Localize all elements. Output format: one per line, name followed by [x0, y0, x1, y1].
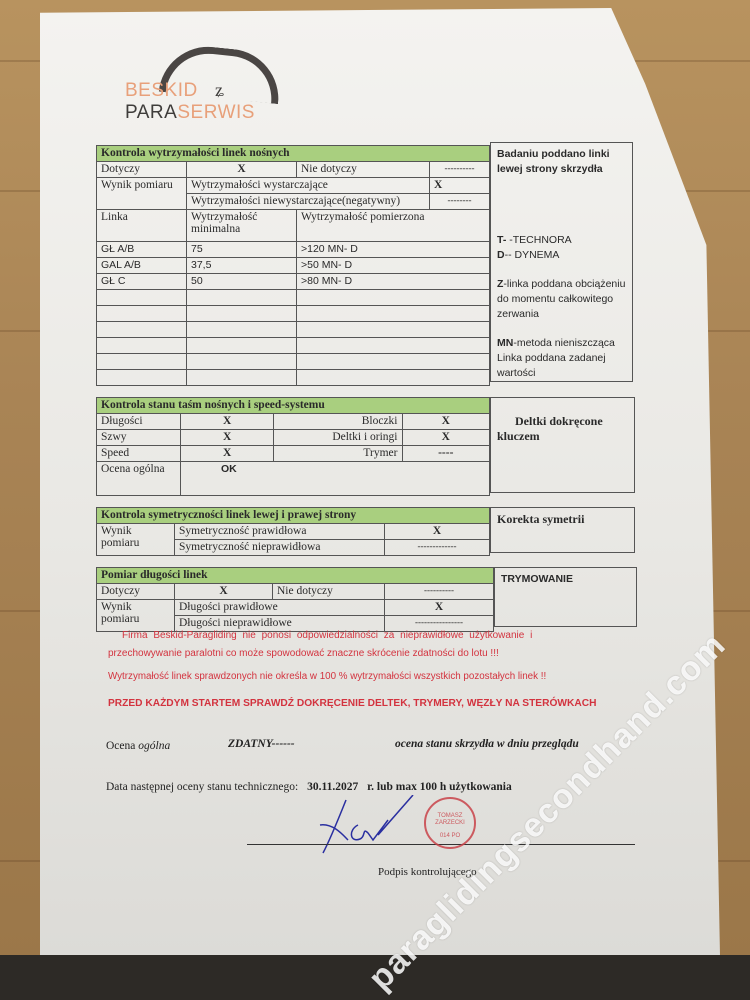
table-row: GAL A/B37,5>50 MN- D	[97, 258, 490, 274]
table-row	[97, 370, 490, 386]
table-row: GŁ A/B75>120 MN- D	[97, 242, 490, 258]
symmetry-table: Kontrola symetryczności linek lewej i pr…	[96, 507, 490, 556]
overall-assessment-label: Ocena ogólna	[106, 740, 170, 752]
table-row	[97, 306, 490, 322]
section-title: Kontrola symetryczności linek lewej i pr…	[97, 508, 490, 524]
section-title: Kontrola wytrzymałości linek nośnych	[97, 146, 490, 162]
table-row: GŁ C50>80 MN- D	[97, 274, 490, 290]
table-row	[97, 290, 490, 306]
section-title: Pomiar długości linek	[97, 568, 494, 584]
logo-glyph-icon: ʑ	[215, 80, 224, 101]
warning-line-4: PRZED KAŻDYM STARTEM SPRAWDŹ DOKRĘCENIE …	[108, 698, 596, 709]
table-row: DługościXBloczkiX	[97, 414, 490, 430]
overall-assessment-value: ZDATNY------	[228, 738, 295, 750]
risers-table: Kontrola stanu taśm nośnych i speed-syst…	[96, 397, 490, 496]
table-row: SpeedXTrymer----	[97, 446, 490, 462]
length-table: Pomiar długości linek Dotyczy X Nie doty…	[96, 567, 494, 632]
logo-line1: BESKID	[125, 80, 198, 102]
table-row	[97, 338, 490, 354]
signature-icon	[318, 795, 418, 855]
trim-note-box: TRYMOWANIE	[494, 567, 637, 627]
next-check: Data następnej oceny stanu technicznego:…	[106, 781, 512, 793]
table-row	[97, 322, 490, 338]
line-strength-table: Kontrola wytrzymałości linek nośnych Dot…	[96, 145, 490, 386]
warning-line-2: przechowywanie paralotni co może spowodo…	[108, 648, 499, 659]
legend-box: Badaniu poddano linki lewej strony skrzy…	[490, 142, 633, 382]
logo-line2: PARASERWIS	[125, 102, 255, 124]
warning-line-3: Wytrzymałość linek sprawdzonych nie okre…	[108, 671, 546, 682]
assessment-note: ocena stanu skrzydła w dniu przeglądu	[395, 738, 579, 750]
table-row: SzwyXDeltki i oringiX	[97, 430, 490, 446]
stamp: TOMASZ ZARZECKI 014 PO	[424, 797, 476, 849]
warning-line-1: Firma Beskid-Paragliding nie ponosi odpo…	[122, 630, 532, 641]
risers-note-box: Deltki dokręcone kluczem	[490, 397, 635, 493]
section-title: Kontrola stanu taśm nośnych i speed-syst…	[97, 398, 490, 414]
table-row	[97, 354, 490, 370]
symmetry-note-box: Korekta symetrii	[490, 507, 635, 553]
